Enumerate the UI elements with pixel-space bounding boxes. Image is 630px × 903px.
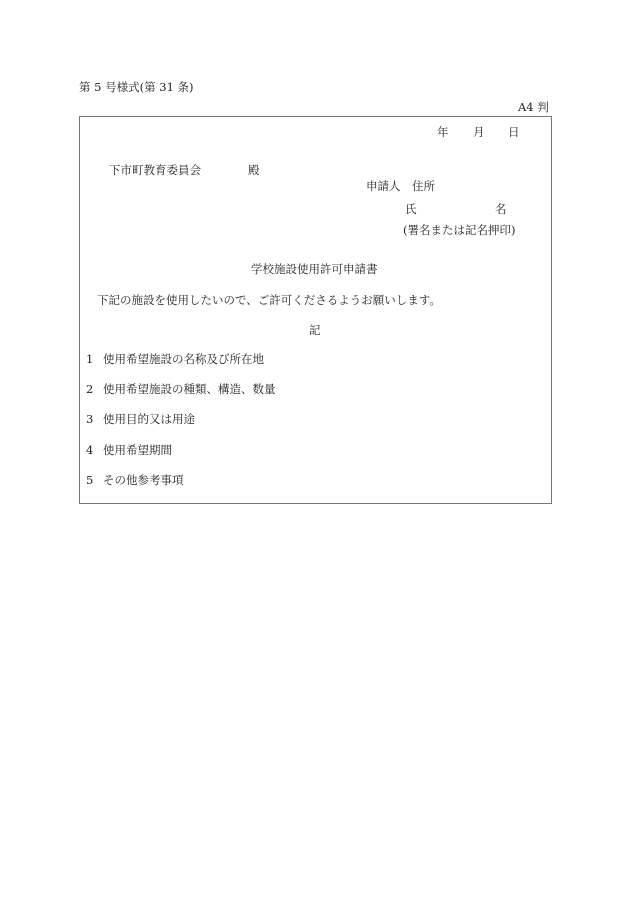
signature-note: (署名または記名押印) [403, 223, 515, 237]
date-day: 日 [508, 125, 520, 139]
addressee-name: 下市町教育委員会 [109, 163, 201, 177]
item-label: 使用希望期間 [103, 443, 172, 457]
item-label: 使用希望施設の種類、構造、数量 [103, 382, 276, 396]
item-number: 5 [86, 473, 93, 487]
item-label: その他参考事項 [103, 473, 184, 487]
item-label: 使用目的又は用途 [103, 412, 195, 426]
form-number-label: 第 5 号様式(第 31 条) [79, 80, 194, 94]
item-number: 1 [86, 352, 93, 366]
applicant-address-label: 住所 [412, 179, 435, 193]
item-label: 使用希望施設の名称及び所在地 [103, 352, 264, 366]
addressee-honorific: 殿 [248, 163, 260, 177]
item-number: 3 [86, 412, 93, 426]
document-title: 学校施設使用許可申請書 [251, 262, 378, 276]
request-body-text: 下記の施設を使用したいので、ご許可くださるようお願いします。 [97, 293, 441, 307]
applicant-name-label-1: 氏 [405, 202, 417, 216]
item-number: 4 [86, 443, 93, 457]
date-year: 年 [437, 125, 449, 139]
item-number: 2 [86, 382, 93, 396]
ki-marker: 記 [309, 323, 321, 337]
date-month: 月 [473, 125, 485, 139]
applicant-name-label-2: 名 [495, 202, 507, 216]
paper-size-label: A4 判 [518, 100, 549, 114]
applicant-label: 申請人 [366, 179, 401, 193]
